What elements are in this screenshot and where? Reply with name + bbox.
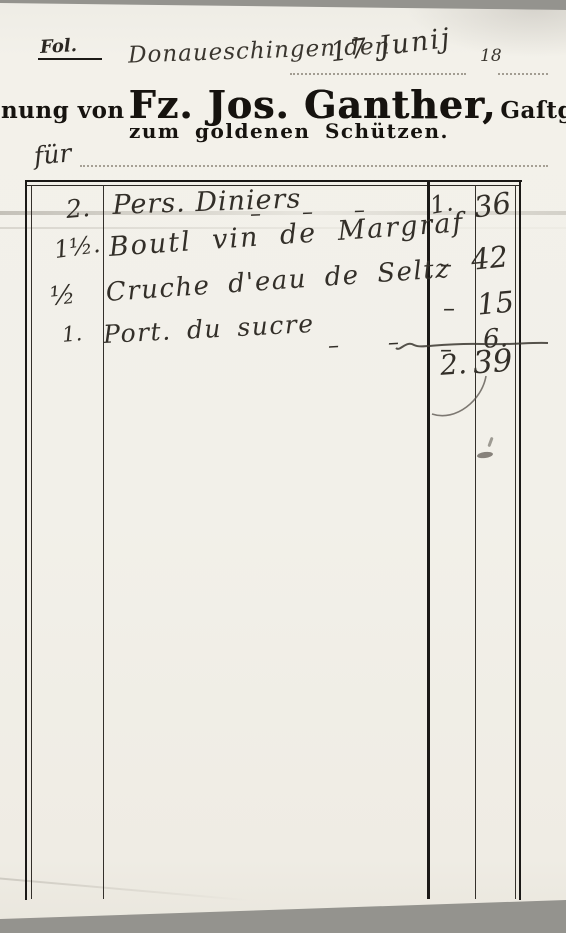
row-quantity: 2. xyxy=(65,193,91,224)
fuer-label: für xyxy=(33,138,73,170)
table-left-border-inner xyxy=(31,185,32,899)
table-left-border-outer xyxy=(25,180,27,900)
row-kreuzer: 36 xyxy=(472,186,513,225)
row-gulden: – xyxy=(443,294,455,322)
total-flourish xyxy=(424,372,494,434)
row-kreuzer: 15 xyxy=(476,284,516,321)
fuer-dotted-line xyxy=(80,164,548,167)
quantity-column-divider xyxy=(103,185,104,899)
row-description: Cruche d'eau de Seltz xyxy=(105,254,451,308)
date-year-prefix: 18 xyxy=(480,46,502,66)
table-top-border-outer xyxy=(25,180,522,182)
table-right-border-outer xyxy=(519,180,521,900)
row-kreuzer: 42 xyxy=(469,239,509,277)
row-description: Port. du sucre xyxy=(102,309,315,349)
date-day-month-handwritten: 17 Junij xyxy=(329,23,453,69)
amount-column-divider-thick xyxy=(427,181,430,899)
fol-underline xyxy=(38,58,102,60)
ink-smudge xyxy=(487,437,493,447)
row-quantity: 1. xyxy=(61,321,83,347)
year-dotted-line xyxy=(498,72,548,75)
table-right-border-inner xyxy=(515,185,516,899)
date-dotted-line xyxy=(290,72,466,75)
row-quantity: 1½. xyxy=(52,230,102,264)
masthead-subtitle: zum goldenen Schützen. xyxy=(6,119,566,143)
crease-line xyxy=(0,877,250,902)
row-quantity: ½ xyxy=(49,280,77,312)
scanned-invoice-paper: Fol. Donaueschingen den 17 Junij 18 Rech… xyxy=(0,0,566,933)
fol-label: Fol. xyxy=(39,35,77,58)
row-dashes: – – xyxy=(327,330,399,359)
ink-smudge xyxy=(477,451,494,459)
